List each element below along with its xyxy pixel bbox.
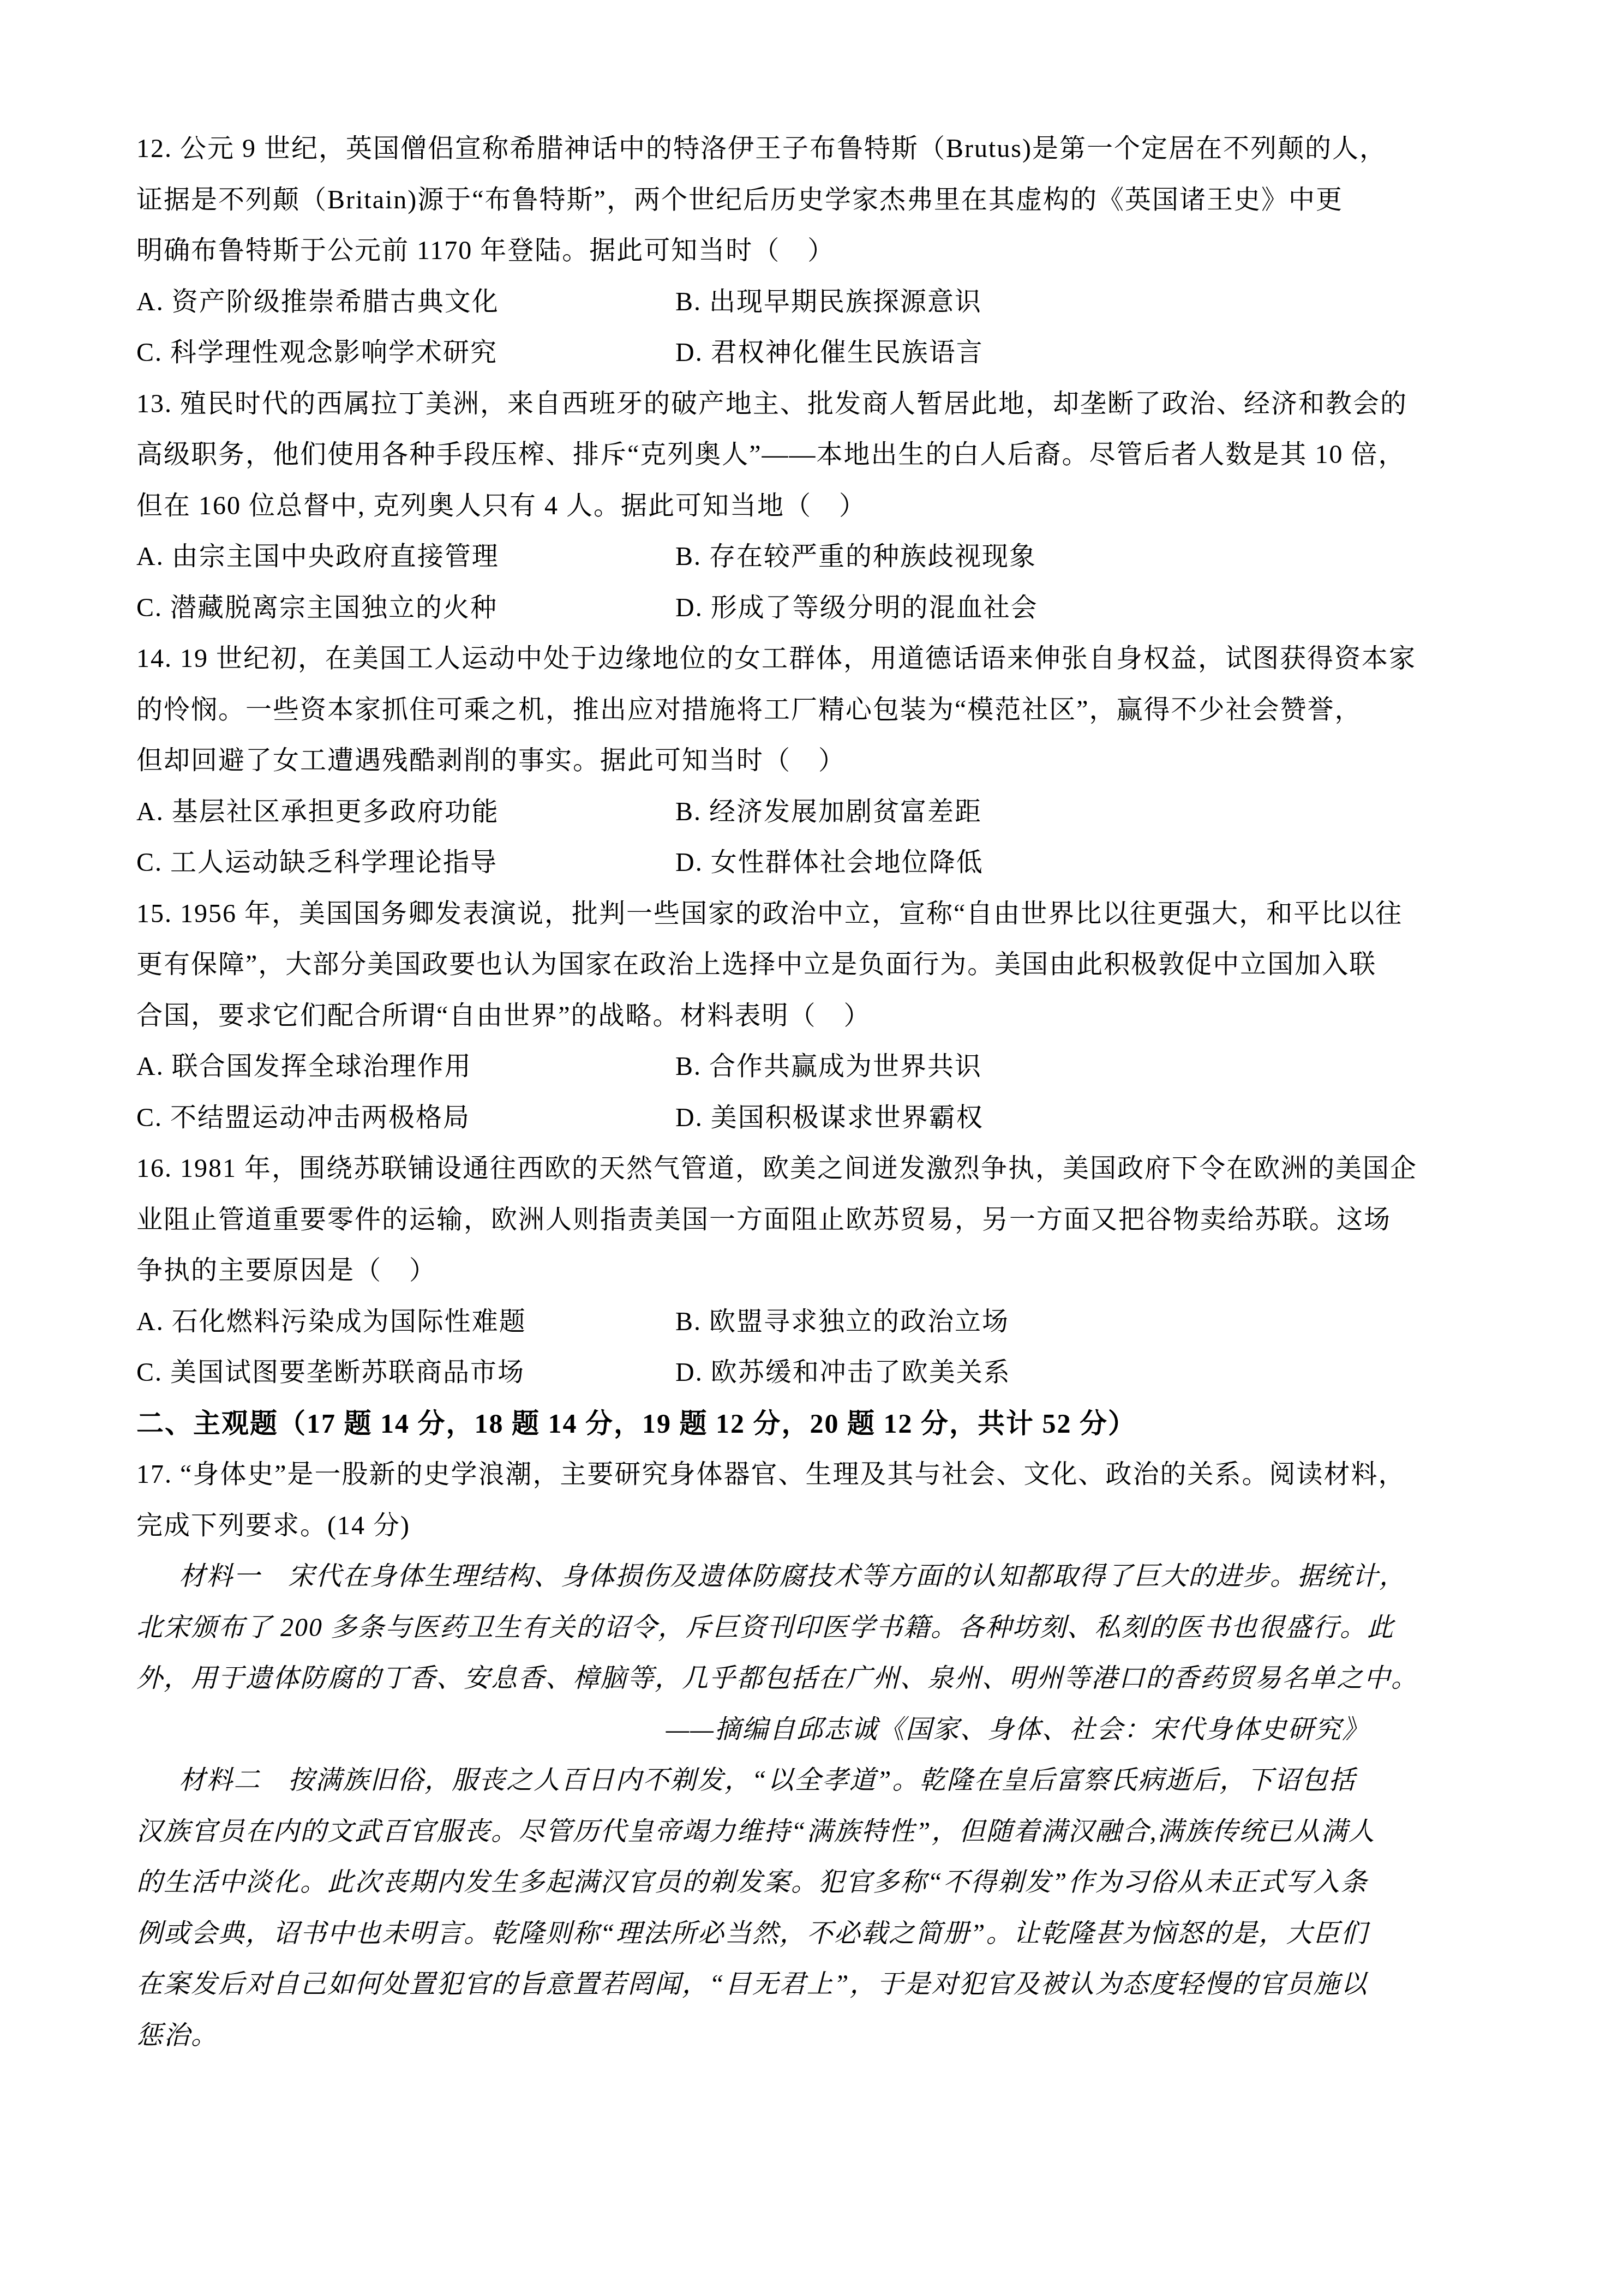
question-17-material-2-line-3: 的生活中淡化。此次丧期内发生多起满汉官员的剃发案。犯官多称“不得剃发”作为习俗从… [136, 1857, 1462, 1908]
question-16-stem-line-2: 业阻止管道重要零件的运输，欧洲人则指责美国一方面阻止欧苏贸易，另一方面又把谷物卖… [136, 1194, 1462, 1246]
question-16-option-d: D. 欧苏缓和冲击了欧美关系 [675, 1347, 1011, 1398]
question-12-option-b: B. 出现早期民族探源意识 [675, 277, 982, 328]
question-15-stem-line-3: 合国，要求它们配合所谓“自由世界”的战略。材料表明（ ） [136, 990, 1462, 1042]
question-13-stem-line-1: 13. 殖民时代的西属拉丁美洲，来自西班牙的破产地主、批发商人暂居此地，却垄断了… [136, 378, 1462, 430]
question-16: 16. 1981 年，围绕苏联铺设通往西欧的天然气管道，欧美之间迸发激烈争执，美… [136, 1143, 1462, 1398]
question-17-material-1-line-3: 外，用于遗体防腐的丁香、安息香、樟脑等，几乎都包括在广州、泉州、明州等港口的香药… [136, 1653, 1462, 1704]
question-15-stem-line-1: 15. 1956 年，美国国务卿发表演说，批判一些国家的政治中立，宣称“自由世界… [136, 888, 1462, 940]
question-12-option-d: D. 君权神化催生民族语言 [675, 327, 984, 378]
question-14: 14. 19 世纪初，在美国工人运动中处于边缘地位的女工群体，用道德话语来伸张自… [136, 633, 1462, 888]
question-15-stem-line-2: 更有保障”，大部分美国政要也认为国家在政治上选择中立是负面行为。美国由此积极敦促… [136, 939, 1462, 990]
exam-page-content: 12. 公元 9 世纪，英国僧侣宣称希腊神话中的特洛伊王子布鲁特斯（Brutus… [0, 0, 1624, 2061]
question-14-option-c: C. 工人运动缺乏科学理论指导 [136, 848, 498, 877]
question-17-material-2-line-2: 汉族官员在内的文武百官服丧。尽管历代皇帝竭力维持“满族特性”，但随着满汉融合,满… [136, 1806, 1462, 1858]
question-17-material-1-line-1: 材料一 宋代在身体生理结构、身体损伤及遗体防腐技术等方面的认知都取得了巨大的进步… [136, 1551, 1462, 1602]
question-17-material-2-line-1: 材料二 按满族旧俗，服丧之人百日内不剃发，“以全孝道”。乾隆在皇后富察氏病逝后，… [136, 1755, 1462, 1806]
question-13-option-a: A. 由宗主国中央政府直接管理 [136, 542, 499, 571]
question-12-options-row-1: A. 资产阶级推崇希腊古典文化 B. 出现早期民族探源意识 [136, 277, 1462, 328]
question-17-material-1-attribution: ——摘编自邱志诚《国家、身体、社会：宋代身体史研究》 [136, 1704, 1462, 1756]
question-15: 15. 1956 年，美国国务卿发表演说，批判一些国家的政治中立，宣称“自由世界… [136, 888, 1462, 1144]
question-14-stem-line-3: 但却回避了女工遭遇残酷剥削的事实。据此可知当时（ ） [136, 735, 1462, 786]
question-13-option-c: C. 潜藏脱离宗主国独立的火种 [136, 593, 498, 622]
question-14-option-b: B. 经济发展加剧贫富差距 [675, 786, 982, 838]
question-16-options-row-1: A. 石化燃料污染成为国际性难题 B. 欧盟寻求独立的政治立场 [136, 1296, 1462, 1348]
question-17-material-2-line-5: 在案发后对自己如何处置犯官的旨意置若罔闻，“目无君上”，于是对犯官及被认为态度轻… [136, 1959, 1462, 2010]
question-16-stem-line-3: 争执的主要原因是（ ） [136, 1245, 1462, 1296]
question-17-intro-line-1: 17. “身体史”是一股新的史学浪潮，主要研究身体器官、生理及其与社会、文化、政… [136, 1449, 1462, 1500]
question-12-option-c: C. 科学理性观念影响学术研究 [136, 338, 498, 367]
question-17: 17. “身体史”是一股新的史学浪潮，主要研究身体器官、生理及其与社会、文化、政… [136, 1449, 1462, 2061]
question-12-options-row-2: C. 科学理性观念影响学术研究 D. 君权神化催生民族语言 [136, 327, 1462, 378]
question-15-option-d: D. 美国积极谋求世界霸权 [675, 1092, 984, 1144]
section-2-header: 二、主观题（17 题 14 分，18 题 14 分，19 题 12 分，20 题… [136, 1398, 1462, 1450]
question-12-stem-line-1: 12. 公元 9 世纪，英国僧侣宣称希腊神话中的特洛伊王子布鲁特斯（Brutus… [136, 123, 1462, 175]
question-17-material-1-line-2: 北宋颁布了 200 多条与医药卫生有关的诏令，斥巨资刊印医学书籍。各种坊刻、私刻… [136, 1602, 1462, 1654]
question-12-stem-line-3: 明确布鲁特斯于公元前 1170 年登陆。据此可知当时（ ） [136, 225, 1462, 277]
question-14-option-a: A. 基层社区承担更多政府功能 [136, 797, 499, 826]
question-15-option-a: A. 联合国发挥全球治理作用 [136, 1052, 472, 1081]
question-15-options-row-1: A. 联合国发挥全球治理作用 B. 合作共赢成为世界共识 [136, 1041, 1462, 1092]
question-12-option-a: A. 资产阶级推崇希腊古典文化 [136, 287, 499, 316]
question-16-option-b: B. 欧盟寻求独立的政治立场 [675, 1296, 1009, 1348]
question-12: 12. 公元 9 世纪，英国僧侣宣称希腊神话中的特洛伊王子布鲁特斯（Brutus… [136, 123, 1462, 378]
question-17-intro-line-2: 完成下列要求。(14 分) [136, 1500, 1462, 1552]
question-13-option-b: B. 存在较严重的种族歧视现象 [675, 531, 1036, 582]
question-16-stem-line-1: 16. 1981 年，围绕苏联铺设通往西欧的天然气管道，欧美之间迸发激烈争执，美… [136, 1143, 1462, 1194]
question-17-material-2-line-6: 惩治。 [136, 2010, 1462, 2061]
question-13-stem-line-2: 高级职务，他们使用各种手段压榨、排斥“克列奥人”——本地出生的白人后裔。尽管后者… [136, 429, 1462, 480]
question-13-options-row-2: C. 潜藏脱离宗主国独立的火种 D. 形成了等级分明的混血社会 [136, 582, 1462, 634]
question-13-option-d: D. 形成了等级分明的混血社会 [675, 582, 1038, 634]
question-13-options-row-1: A. 由宗主国中央政府直接管理 B. 存在较严重的种族歧视现象 [136, 531, 1462, 582]
question-15-option-c: C. 不结盟运动冲击两极格局 [136, 1103, 470, 1132]
question-14-options-row-2: C. 工人运动缺乏科学理论指导 D. 女性群体社会地位降低 [136, 837, 1462, 888]
question-16-option-c: C. 美国试图要垄断苏联商品市场 [136, 1358, 525, 1387]
question-13: 13. 殖民时代的西属拉丁美洲，来自西班牙的破产地主、批发商人暂居此地，却垄断了… [136, 378, 1462, 634]
question-14-stem-line-2: 的怜悯。一些资本家抓住可乘之机，推出应对措施将工厂精心包装为“模范社区”，赢得不… [136, 684, 1462, 736]
question-17-material-2-line-4: 例或会典，诏书中也未明言。乾隆则称“理法所必当然，不必载之简册”。让乾隆甚为恼怒… [136, 1908, 1462, 1960]
question-16-options-row-2: C. 美国试图要垄断苏联商品市场 D. 欧苏缓和冲击了欧美关系 [136, 1347, 1462, 1398]
question-13-stem-line-3: 但在 160 位总督中, 克列奥人只有 4 人。据此可知当地（ ） [136, 480, 1462, 532]
question-12-stem-line-2: 证据是不列颠（Britain)源于“布鲁特斯”，两个世纪后历史学家杰弗里在其虚构… [136, 175, 1462, 226]
question-14-stem-line-1: 14. 19 世纪初，在美国工人运动中处于边缘地位的女工群体，用道德话语来伸张自… [136, 633, 1462, 684]
question-15-options-row-2: C. 不结盟运动冲击两极格局 D. 美国积极谋求世界霸权 [136, 1092, 1462, 1144]
question-15-option-b: B. 合作共赢成为世界共识 [675, 1041, 982, 1092]
question-14-option-d: D. 女性群体社会地位降低 [675, 837, 984, 888]
exam-page: 12. 公元 9 世纪，英国僧侣宣称希腊神话中的特洛伊王子布鲁特斯（Brutus… [0, 0, 1624, 2296]
question-16-option-a: A. 石化燃料污染成为国际性难题 [136, 1307, 526, 1336]
question-14-options-row-1: A. 基层社区承担更多政府功能 B. 经济发展加剧贫富差距 [136, 786, 1462, 838]
